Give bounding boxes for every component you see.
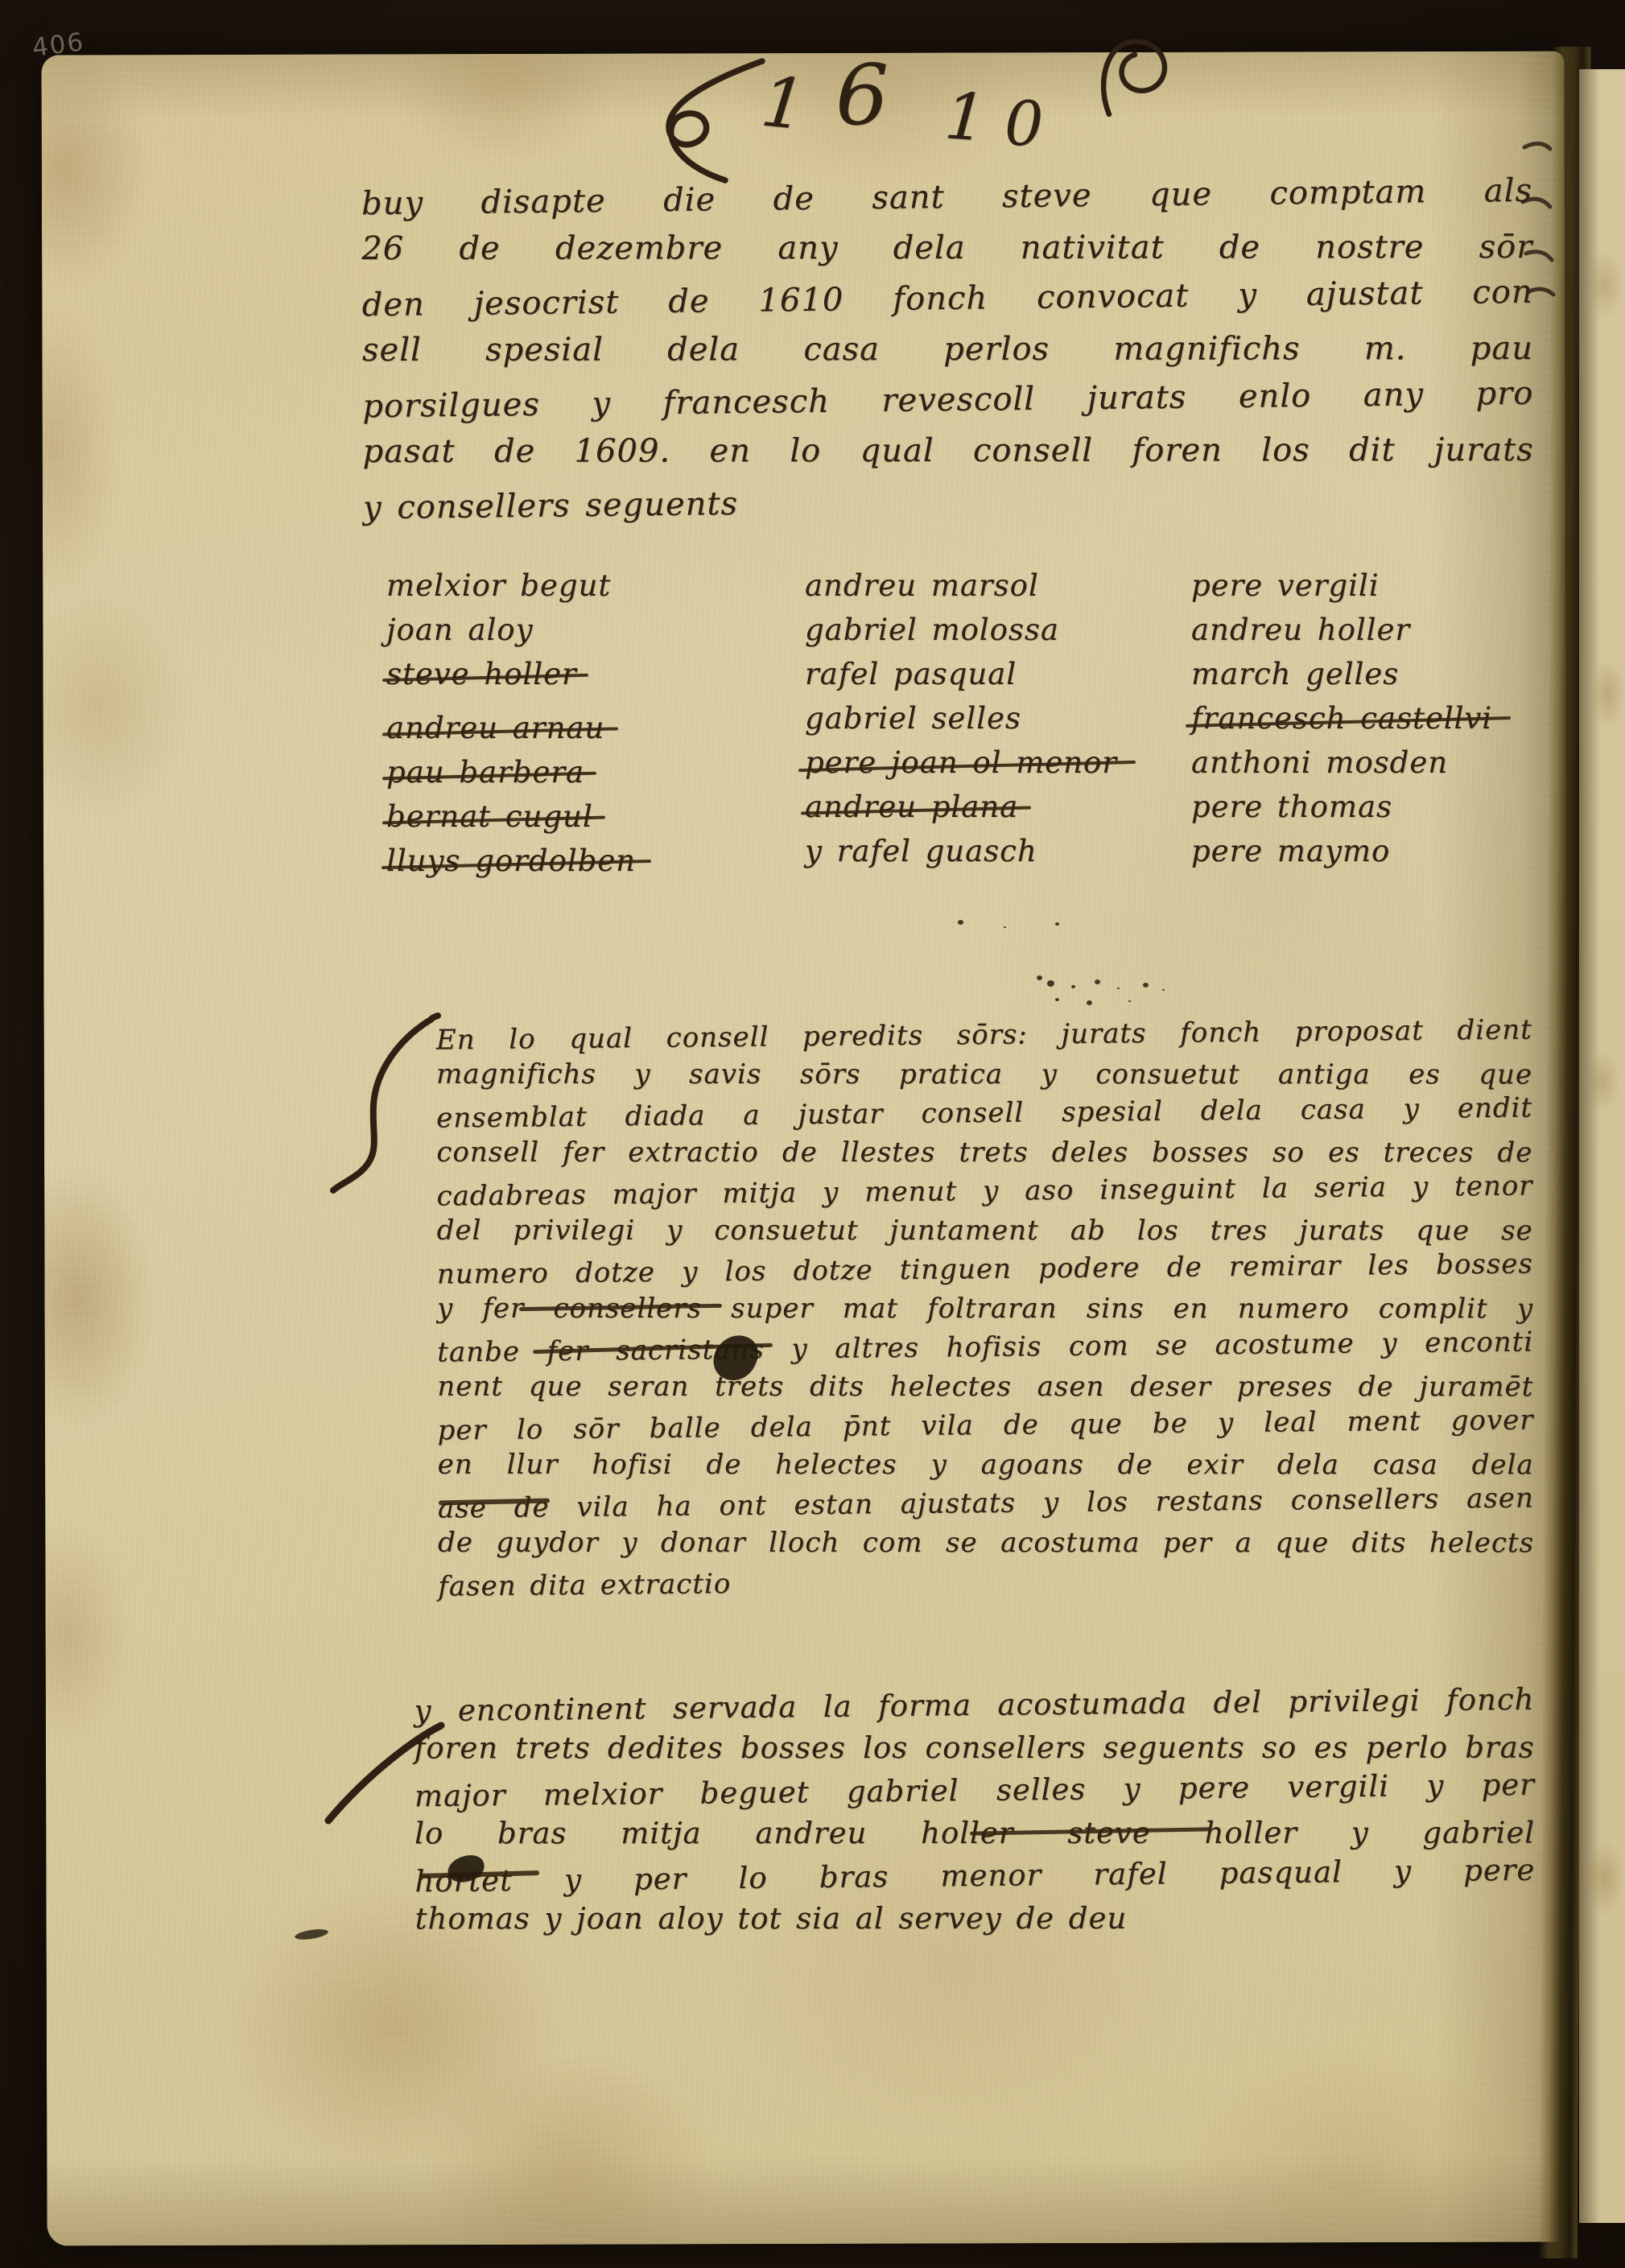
councillor-name: anthoni mosden	[1191, 740, 1553, 785]
councillor-name-text: anthoni mosden	[1191, 745, 1448, 780]
councillor-name: andreu marsol	[805, 563, 1175, 608]
heading-digit: 1	[942, 84, 988, 151]
manuscript-line: numero dotze y los dotze tinguen podere …	[437, 1244, 1533, 1294]
councillor-name-text: pau barbera	[386, 750, 584, 794]
councillor-name-text: joan aloy	[386, 612, 533, 647]
manuscript-line: foren trets dedites bosses los conseller…	[414, 1726, 1535, 1770]
manuscript-line: nent que seran trets dits helectes asen …	[437, 1367, 1533, 1406]
manuscript-line: per lo sōr balle dela p̄nt vila de que b…	[437, 1400, 1533, 1450]
manuscript-line: y encontinent servada la forma acostumad…	[414, 1678, 1534, 1733]
councillor-name: pere joan ol menor	[805, 740, 1175, 785]
intro-paragraph: buy disapte die de sant steve que compta…	[361, 169, 1534, 530]
councillor-name: andreu plana	[805, 785, 1175, 829]
councillor-name: bernat cugul	[386, 794, 757, 839]
manuscript-line: fasen dita extractio	[438, 1557, 1534, 1606]
councillor-column-3: pere vergili andreu holler march gelles …	[1191, 563, 1553, 873]
heading-left-flourish-ornament	[648, 50, 769, 187]
manuscript-scan: { "folio": { "number": "406" }, "heading…	[0, 0, 1625, 2268]
councillor-column-2: andreu marsol gabriel molossa rafel pasq…	[805, 563, 1175, 873]
councillor-name-text: gabriel molossa	[805, 612, 1059, 647]
councillor-name-text: lluys gordolben	[386, 839, 636, 883]
councillor-name: pere thomas	[1191, 785, 1553, 829]
councillor-name: gabriel selles	[805, 696, 1175, 740]
councillor-name: joan aloy	[386, 608, 757, 652]
councillor-name-text: melxior begut	[386, 568, 611, 603]
councillor-name-text: march gelles	[1191, 657, 1399, 691]
councillor-name: steve holler	[386, 652, 757, 696]
edge-ink-marks	[1518, 133, 1555, 306]
manuscript-line: consell fer extractio de llestes trets d…	[436, 1132, 1532, 1172]
councillor-name-text: steve holler	[386, 652, 577, 696]
councillor-name-text: francesch castellvi	[1191, 696, 1492, 740]
manuscript-line: En lo qual consell peredits sōrs: jurats…	[436, 1010, 1532, 1060]
heading-digit: 0	[1004, 93, 1043, 155]
councillor-name-text: andreu holler	[1191, 612, 1410, 647]
manuscript-line: pasat de 1609. en lo qual consell foren …	[363, 425, 1534, 477]
councillor-name: lluys gordolben	[386, 839, 757, 883]
councillor-name: andreu arnau	[386, 706, 757, 750]
councillor-name: rafel pasqual	[805, 652, 1175, 696]
manuscript-line: ase de vila ha ont estan ajustats y los …	[438, 1478, 1534, 1528]
manuscript-line: 26 de dezembre any dela nativitat de nos…	[361, 222, 1532, 274]
councillor-name-text: pere thomas	[1191, 790, 1392, 824]
councillor-name-text: andreu marsol	[805, 568, 1039, 603]
councillor-name-text: pere joan ol menor	[805, 740, 1117, 785]
councillor-name: pere vergili	[1191, 563, 1553, 608]
manuscript-line: del privilegi y consuetut juntament ab l…	[437, 1210, 1533, 1250]
councillor-name-text: gabriel selles	[805, 701, 1021, 736]
ink-spatter	[1037, 975, 1042, 980]
manuscript-line: cadabreas major mitja y menut y aso inse…	[436, 1166, 1532, 1216]
manuscript-line: den jesocrist de 1610 fonch convocat y a…	[361, 267, 1533, 332]
ink-spatter	[958, 920, 963, 925]
councillor-name: march gelles	[1191, 652, 1553, 696]
councillor-name: melxior begut	[386, 563, 757, 608]
facing-page-edge	[1579, 69, 1625, 2223]
manuscript-line: hortet y per lo bras menor rafel pasqual…	[414, 1849, 1535, 1903]
councillor-name: pau barbera	[386, 750, 757, 794]
councillor-name-text: andreu plana	[805, 785, 1018, 829]
manuscript-line: magnifichs y savis sōrs pratica y consue…	[436, 1054, 1532, 1094]
manuscript-line: ensemblat diada a justar consell spesial…	[436, 1088, 1532, 1138]
councillor-name-text: pere maymo	[1191, 834, 1390, 868]
extraction-paragraph: y encontinent servada la forma acostumad…	[414, 1681, 1535, 1942]
heading-digit: 6	[835, 53, 889, 137]
councillor-name-text: rafel pasqual	[805, 657, 1017, 691]
councillor-name: francesch castellvi	[1191, 696, 1553, 740]
manuscript-line: major melxior beguet gabriel selles y pe…	[414, 1763, 1535, 1818]
manuscript-line: de guydor y donar lloch com se acostuma …	[438, 1523, 1534, 1562]
manuscript-line: buy disapte die de sant steve que compta…	[361, 166, 1533, 230]
councillor-name: pere maymo	[1191, 829, 1553, 873]
initial-letter-paraph	[328, 1011, 441, 1196]
councillor-name-text: y rafel guasch	[805, 834, 1037, 868]
manuscript-line: y consellers seguents	[363, 470, 1535, 534]
councillor-column-1: melxior begut joan aloy steve holler and…	[386, 563, 757, 883]
councillor-name-text: andreu arnau	[386, 706, 604, 750]
manuscript-line: porsilgues y francesch revescoll jurats …	[362, 369, 1534, 433]
councillor-name: gabriel molossa	[805, 608, 1175, 652]
councillor-name-text: bernat cugul	[386, 794, 593, 839]
heading-right-flourish-ornament	[1096, 34, 1185, 124]
manuscript-line: sell spesial dela casa perlos magnifichs…	[362, 324, 1533, 376]
councillor-name: andreu holler	[1191, 608, 1553, 652]
heading-digit: 1	[758, 67, 809, 140]
councillor-name: y rafel guasch	[805, 829, 1175, 873]
councillor-name-text: pere vergili	[1191, 568, 1380, 603]
manuscript-line: en llur hofisi de helectes y agoans de e…	[438, 1445, 1534, 1484]
manuscript-line: thomas y joan aloy tot sia al servey de …	[415, 1897, 1536, 1940]
